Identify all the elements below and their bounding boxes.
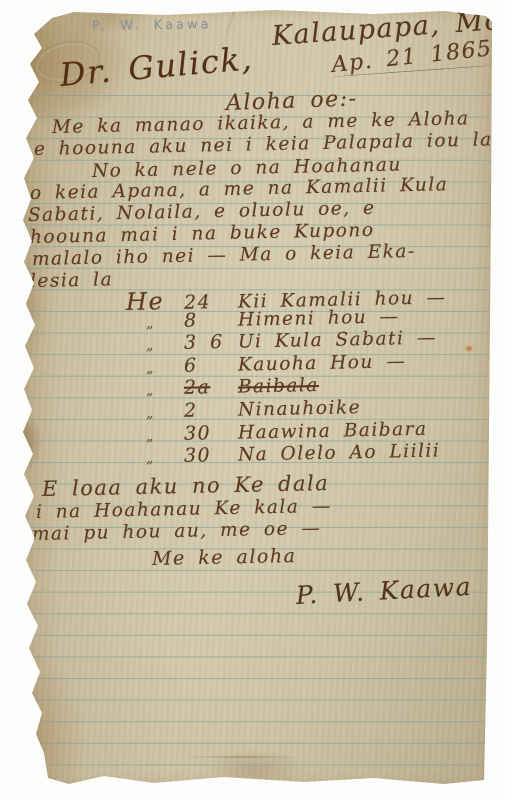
- ditto-mark: „: [126, 338, 184, 355]
- list-row: „2aBaibala: [126, 375, 319, 400]
- item-quantity: 2: [184, 400, 238, 422]
- ditto-mark: „: [126, 429, 184, 446]
- valediction: Me ke aloha: [152, 546, 297, 570]
- item-quantity: 8: [184, 310, 238, 332]
- ditto-mark: „: [126, 361, 184, 378]
- item-quantity: 30: [184, 445, 238, 467]
- item-desc: Kauoha Hou —: [238, 351, 407, 376]
- paper-sheet: P. W. Kaawa Kalaupapa, Mol. Ap. 21 1865 …: [14, 8, 492, 788]
- item-quantity: 30: [184, 423, 238, 445]
- item-desc: Himeni hou —: [238, 306, 400, 330]
- pencil-owner-name: P. W. Kaawa: [92, 18, 212, 34]
- list-row: „2Ninauhoike: [126, 397, 361, 423]
- ditto-mark: „: [126, 383, 184, 400]
- item-quantity: 2a: [184, 377, 238, 399]
- closing-line: mai pu hou au, me oe —: [32, 519, 322, 545]
- scanned-letter-page: P. W. Kaawa Kalaupapa, Mol. Ap. 21 1865 …: [0, 0, 505, 800]
- item-desc: Na Olelo Ao Liilii: [238, 440, 441, 465]
- item-desc: Haawina Baibara: [238, 419, 428, 444]
- item-quantity: 3 6: [184, 332, 238, 354]
- salutation: Dr. Gulick,: [58, 41, 254, 93]
- list-row: „6Kauoha Hou —: [126, 351, 407, 378]
- ditto-mark: „: [126, 406, 184, 423]
- handwriting-layer: P. W. Kaawa Kalaupapa, Mol. Ap. 21 1865 …: [14, 8, 492, 788]
- item-desc: Ui Kula Sabati —: [238, 327, 437, 352]
- body-line: lesia la: [30, 270, 114, 292]
- item-quantity: 6: [184, 355, 238, 377]
- item-desc: Ninauhoike: [238, 397, 362, 421]
- ditto-mark: „: [126, 316, 184, 333]
- item-desc-struck: Baibala: [238, 375, 319, 398]
- signature: P. W. Kaawa: [295, 573, 472, 610]
- ditto-mark: „: [126, 451, 184, 468]
